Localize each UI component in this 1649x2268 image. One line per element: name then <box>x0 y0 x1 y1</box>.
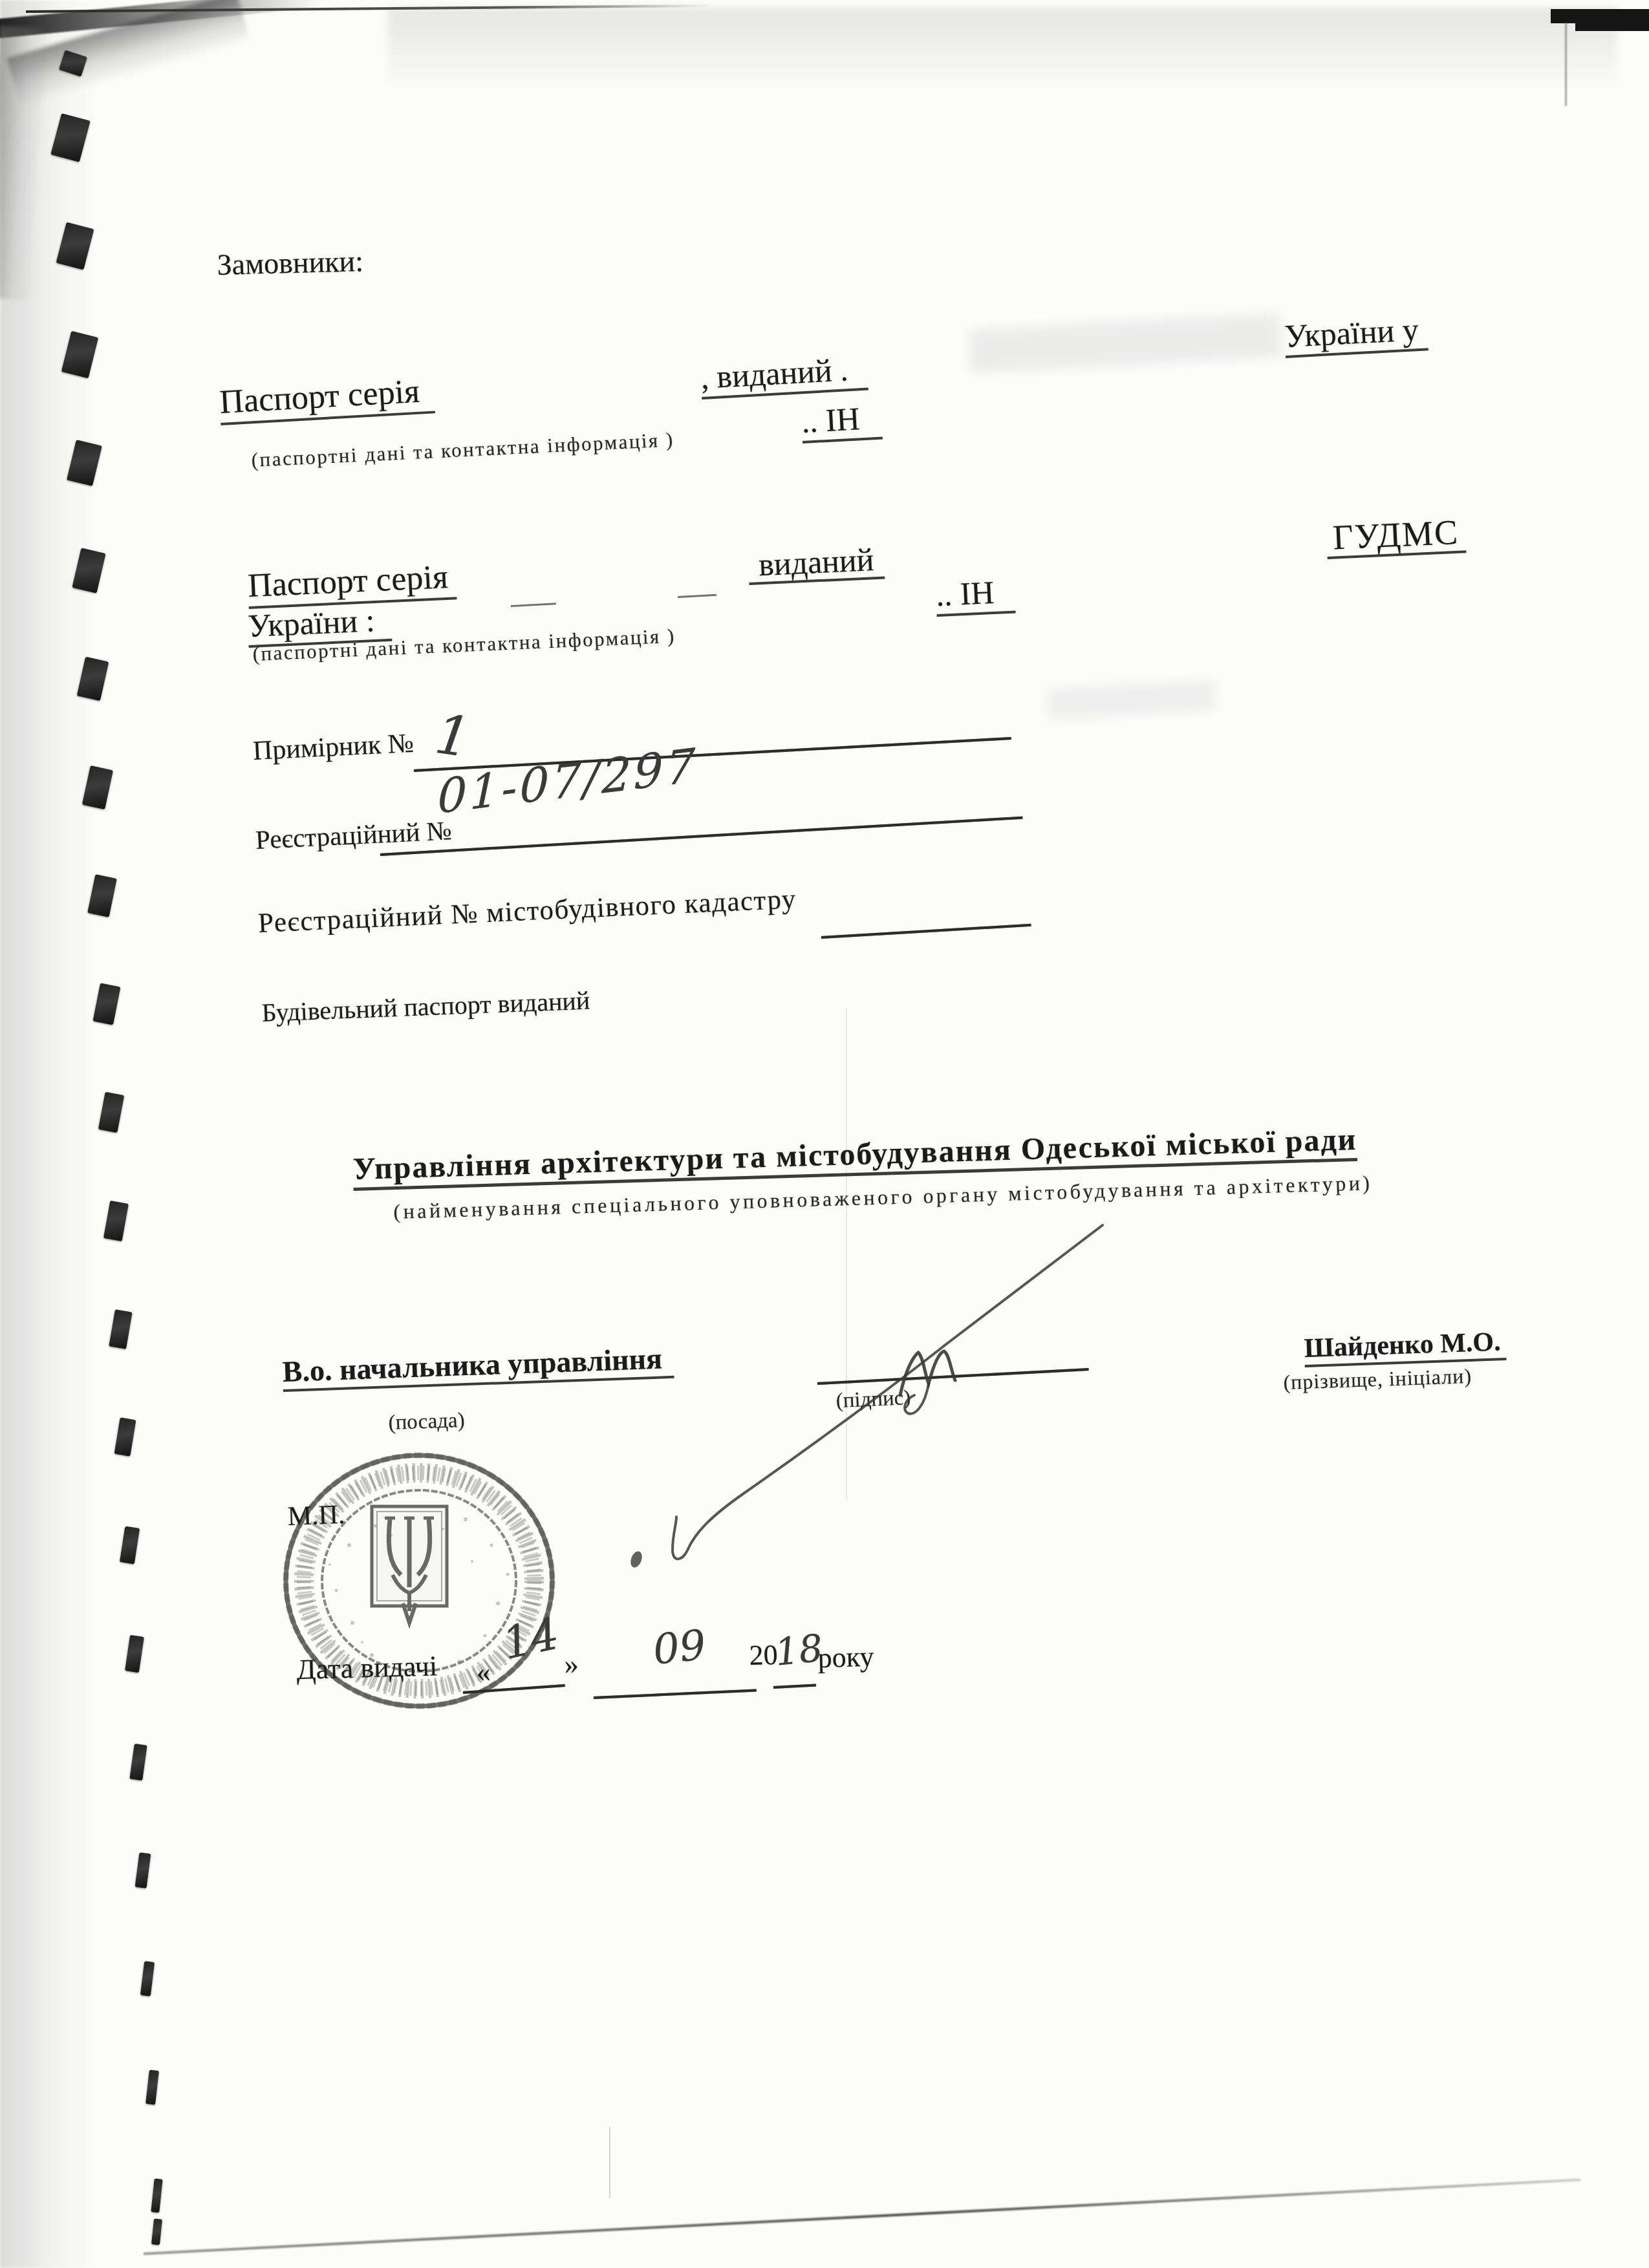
binding-hole-mark <box>140 1961 155 1996</box>
trident-emblem <box>372 1506 447 1623</box>
copy-number-label: Примірник № <box>252 729 415 765</box>
customers-label: Замовники: <box>217 246 363 281</box>
signer-name-caption: (прізвище, ініціали) <box>1283 1365 1472 1394</box>
page-bottom-edge <box>144 2178 1580 2255</box>
passport2-series-label: Паспорт серія <box>247 559 457 608</box>
binding-hole-mark <box>72 548 105 594</box>
fill-in-line <box>380 817 1023 856</box>
binding-hole-mark <box>82 765 113 809</box>
passport1-issued-label: , виданий . <box>700 352 868 400</box>
seal-place-label: М.П. <box>287 1501 345 1531</box>
signer-position-caption: (посада) <box>388 1409 465 1435</box>
binding-hole-mark <box>135 1852 151 1888</box>
binding-hole-mark <box>119 1526 140 1565</box>
quote-open: « <box>476 1657 491 1687</box>
binding-hole-mark <box>151 2178 162 2212</box>
issue-month-handwritten: 09 <box>651 1624 708 1673</box>
fill-in-line <box>821 924 1031 939</box>
registration-number-label: Реєстраційний № <box>255 817 453 854</box>
binding-hole-mark <box>59 50 87 77</box>
binding-hole-mark <box>87 874 116 917</box>
quote-close: » <box>564 1649 579 1680</box>
signer-name: Шайденко М.О. <box>1304 1327 1506 1367</box>
binding-hole-mark <box>56 222 94 270</box>
registration-number-value-handwritten: 01-07/297 <box>437 741 698 822</box>
page-right-edge <box>1565 22 1567 106</box>
faded-ink-smudge <box>969 314 1282 372</box>
scanned-document-page: Замовники: Паспорт серія , виданий . Укр… <box>0 0 1649 2268</box>
binding-hole-mark <box>145 2070 159 2104</box>
binding-hole-mark <box>125 1635 144 1673</box>
passport1-caption: (паспортні дані та контактна інформація … <box>251 429 674 471</box>
passport1-id-label: .. ІН <box>801 400 883 443</box>
fill-in-line <box>773 1684 816 1689</box>
binding-hole-mark <box>61 331 98 378</box>
binding-hole-mark <box>50 113 91 162</box>
signer-position: В.о. начальника управління <box>282 1343 674 1392</box>
binding-hole-mark <box>151 2218 162 2245</box>
binding-hole-mark <box>130 1744 147 1781</box>
passport1-series-label: Паспорт серія <box>219 373 435 425</box>
blank-dash <box>678 594 717 598</box>
ink-dot <box>629 1550 644 1569</box>
copy-number-value-handwritten: 1 <box>432 705 474 767</box>
building-passport-issued-note: Будівельний паспорт виданий <box>261 987 590 1027</box>
passport1-country-label: України у <box>1284 312 1428 358</box>
binding-hole-mark <box>67 440 102 486</box>
binding-hole-mark <box>98 1092 125 1133</box>
scan-edge-artifact <box>1575 22 1649 31</box>
top-scan-shading <box>388 8 1617 92</box>
faded-ink-smudge <box>1047 679 1216 720</box>
issue-year-century: 20 <box>749 1640 778 1671</box>
corner-fold-shadow <box>0 0 323 39</box>
scan-edge-artifact <box>1551 9 1649 23</box>
fill-in-line <box>594 1689 757 1699</box>
issue-date-label: Дата видачі <box>296 1651 438 1685</box>
handwritten-signature <box>621 1215 1138 1578</box>
binding-hole-mark <box>109 1309 132 1349</box>
corner-fold-shadow <box>0 26 52 301</box>
passport2-id-label: .. ІН <box>935 574 1016 616</box>
binding-hole-mark <box>77 657 109 701</box>
page-top-edge <box>26 5 711 13</box>
passport2-issued-label: виданий <box>748 542 885 584</box>
binding-hole-mark <box>103 1201 129 1241</box>
issue-date-suffix: року <box>817 1642 874 1673</box>
issue-day-handwritten: 14 <box>499 1611 563 1668</box>
issue-year-handwritten: 18 <box>773 1629 825 1673</box>
binding-hole-mark <box>93 983 121 1025</box>
cadastre-number-label: Реєстраційний № містобудівного кадастру <box>257 884 797 938</box>
corner-fold-shadow <box>6 0 251 108</box>
passport2-office-label: ГУДМС <box>1326 513 1466 559</box>
binding-hole-mark <box>114 1418 136 1457</box>
scan-streak <box>609 2127 610 2198</box>
blank-dash <box>511 603 556 607</box>
